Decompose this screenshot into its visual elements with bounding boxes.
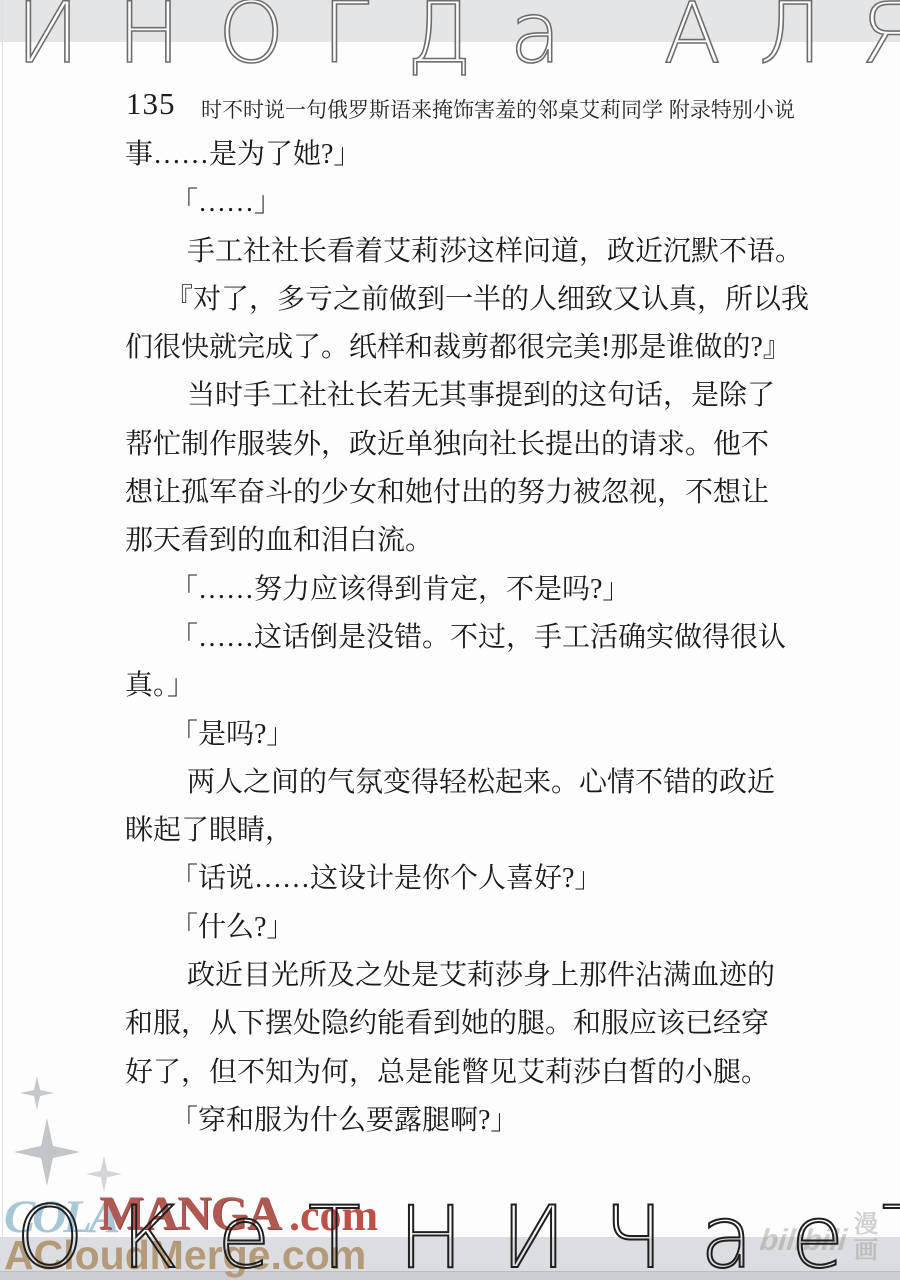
novel-line: 真。」 bbox=[125, 662, 825, 710]
page-number: 135 bbox=[126, 86, 176, 122]
novel-line: 「是吗?」 bbox=[125, 711, 825, 759]
novel-page: ИНОГДа АЛЯ 135 时不时说一句俄罗斯语来掩饰害羞的邻桌艾莉同学 附录… bbox=[0, 0, 900, 1280]
novel-line: 「……」 bbox=[125, 179, 825, 227]
novel-line: 「……努力应该得到肯定，不是吗?」 bbox=[125, 566, 825, 614]
novel-line: 眯起了眼睛， bbox=[125, 807, 825, 855]
novel-line: 事……是为了她?」 bbox=[125, 131, 825, 179]
novel-line: 和服，从下摆处隐约能看到她的腿。和服应该已经穿 bbox=[125, 1000, 825, 1048]
novel-line: 那天看到的血和泪白流。 bbox=[125, 517, 825, 565]
sparkle-icon bbox=[14, 1118, 80, 1186]
novel-line: 「穿和服为什么要露腿啊?」 bbox=[125, 1097, 825, 1145]
novel-line: 「话说……这设计是你个人喜好?」 bbox=[125, 855, 825, 903]
novel-line: 好了，但不知为何，总是能瞥见艾莉莎白皙的小腿。 bbox=[125, 1049, 825, 1097]
novel-line: 当时手工社社长若无其事提到的这句话，是除了 bbox=[125, 372, 825, 420]
novel-line: 帮忙制作服装外，政近单独向社长提出的请求。他不 bbox=[125, 421, 825, 469]
decor-text-top: ИНОГДа АЛЯ bbox=[16, 0, 900, 82]
novel-line: 们很快就完成了。纸样和裁剪都很完美!那是谁做的?』 bbox=[125, 324, 825, 372]
novel-line: 「什么?」 bbox=[125, 904, 825, 952]
novel-line: 手工社社长看着艾莉莎这样问道，政近沉默不语。 bbox=[125, 228, 825, 276]
novel-line: 『对了，多亏之前做到一半的人细致又认真，所以我 bbox=[125, 276, 825, 324]
novel-text: 事……是为了她?」「……」手工社社长看着艾莉莎这样问道，政近沉默不语。『对了，多… bbox=[125, 131, 825, 1145]
novel-line: 两人之间的气氛变得轻松起来。心情不错的政近 bbox=[125, 759, 825, 807]
decor-text-bottom: ОКеТНИЧаеТ bbox=[16, 1188, 900, 1280]
novel-line: 想让孤军奋斗的少女和她付出的努力被忽视，不想让 bbox=[125, 469, 825, 517]
sparkle-icon bbox=[20, 1076, 54, 1110]
novel-line: 政近目光所及之处是艾莉莎身上那件沾满血迹的 bbox=[125, 952, 825, 1000]
page-edge-line bbox=[2, 0, 3, 1280]
running-header-title: 时不时说一句俄罗斯语来掩饰害羞的邻桌艾莉同学 附录特别小说 bbox=[201, 94, 795, 124]
novel-line: 「……这话倒是没错。不过，手工活确实做得很认 bbox=[125, 614, 825, 662]
